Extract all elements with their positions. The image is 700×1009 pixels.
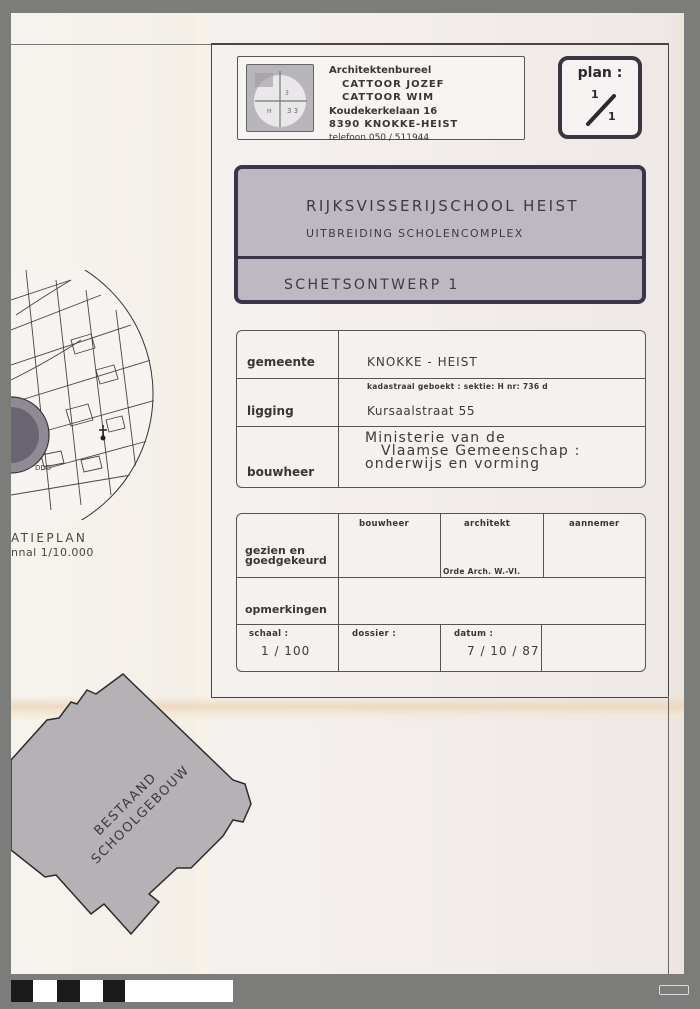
border-rule bbox=[11, 44, 211, 45]
row-divider bbox=[237, 426, 645, 427]
architect-office-stamp: 3 3 3 H Architektenbureel CATTOOR JOZEF … bbox=[237, 56, 525, 140]
architect-logo-icon: 3 3 3 H bbox=[246, 64, 314, 132]
swatch-black bbox=[11, 980, 33, 1002]
office-street: Koudekerkelaan 16 bbox=[329, 105, 458, 119]
building-footprint-icon: BESTAAND SCHOOLGEBOUW bbox=[11, 672, 256, 937]
kadaster-reference: kadastraal geboekt : sektie: H nr: 736 d bbox=[367, 382, 548, 391]
gemeente-label: gemeente bbox=[247, 355, 315, 369]
orde-architekten: Orde Arch. W.-Vl. bbox=[443, 567, 520, 576]
existing-building-shape: BESTAAND SCHOOLGEBOUW bbox=[11, 672, 256, 941]
office-name: Architektenbureel bbox=[329, 64, 458, 78]
bouwheer-value: Ministerie van de Vlaamse Gemeenschap : … bbox=[365, 432, 581, 471]
row-divider bbox=[237, 624, 645, 625]
project-info-table: gemeente KNOKKE - HEIST kadastraal geboe… bbox=[236, 330, 646, 488]
column-divider bbox=[541, 624, 542, 671]
frame-line bbox=[668, 696, 669, 974]
fraction-slash-icon bbox=[582, 88, 622, 128]
gemeente-value: KNOKKE - HEIST bbox=[367, 355, 478, 369]
office-city: 8390 KNOKKE-HEIST bbox=[329, 118, 458, 132]
map-caption-scale: nnal 1/10.000 bbox=[11, 546, 94, 559]
architect-1: CATTOOR JOZEF bbox=[329, 78, 458, 92]
schaal-label: schaal : bbox=[249, 629, 288, 639]
swatch-white bbox=[125, 980, 233, 1002]
opmerkingen-label: opmerkingen bbox=[245, 603, 327, 616]
column-divider bbox=[338, 331, 339, 487]
plan-denominator: 1 bbox=[608, 110, 616, 123]
project-title-box: RIJKSVISSERIJSCHOOL HEIST UITBREIDING SC… bbox=[234, 165, 646, 304]
city-map-icon: DDD bbox=[11, 270, 161, 520]
ligging-value: Kursaalstraat 55 bbox=[367, 404, 475, 418]
gezien-label: gezien en goedgekeurd bbox=[245, 546, 335, 566]
plan-number-box: plan : 1 1 bbox=[558, 56, 642, 139]
project-title: RIJKSVISSERIJSCHOOL HEIST bbox=[306, 197, 579, 215]
svg-text:3 3: 3 3 bbox=[287, 107, 298, 115]
map-caption-title: ATIEPLAN bbox=[11, 531, 87, 545]
project-phase: SCHETSONTWERP 1 bbox=[284, 277, 460, 293]
office-phone: telefoon 050 / 511944 bbox=[329, 132, 458, 146]
row-divider bbox=[237, 378, 645, 379]
ligging-label: ligging bbox=[247, 404, 294, 418]
datum-value: 7 / 10 / 87 bbox=[467, 644, 540, 658]
swatch-white bbox=[33, 980, 57, 1002]
architect-2: CATTOOR WIM bbox=[329, 91, 458, 105]
swatch-white bbox=[80, 980, 103, 1002]
project-subtitle: UITBREIDING SCHOLENCOMPLEX bbox=[306, 227, 524, 240]
title-divider bbox=[238, 256, 642, 259]
swatch-black bbox=[103, 980, 125, 1002]
svg-text:DDD: DDD bbox=[35, 464, 51, 472]
swatch-black bbox=[57, 980, 80, 1002]
calibration-strip bbox=[11, 980, 233, 1002]
bouwheer-label: bouwheer bbox=[247, 465, 314, 479]
svg-text:3: 3 bbox=[285, 90, 289, 97]
column-divider bbox=[338, 514, 339, 671]
row-divider bbox=[237, 577, 645, 578]
schaal-value: 1 / 100 bbox=[261, 644, 310, 658]
col-aannemer: aannemer bbox=[569, 519, 620, 529]
column-divider bbox=[440, 624, 441, 671]
column-divider bbox=[543, 514, 544, 577]
datum-label: datum : bbox=[454, 629, 493, 639]
column-divider bbox=[440, 514, 441, 577]
plan-fraction: 1 1 bbox=[582, 88, 622, 128]
svg-text:H: H bbox=[267, 108, 272, 115]
office-address: Architektenbureel CATTOOR JOZEF CATTOOR … bbox=[329, 64, 458, 145]
situation-map: DDD bbox=[11, 270, 161, 524]
watermark-badge bbox=[659, 985, 689, 995]
approval-table: bouwheer architekt aannemer gezien en go… bbox=[236, 513, 646, 672]
plan-label: plan : bbox=[562, 65, 638, 81]
dossier-label: dossier : bbox=[352, 629, 396, 639]
bouwheer-line-3: onderwijs en vorming bbox=[365, 458, 581, 471]
col-architekt: architekt bbox=[464, 519, 510, 529]
col-bouwheer: bouwheer bbox=[359, 519, 409, 529]
